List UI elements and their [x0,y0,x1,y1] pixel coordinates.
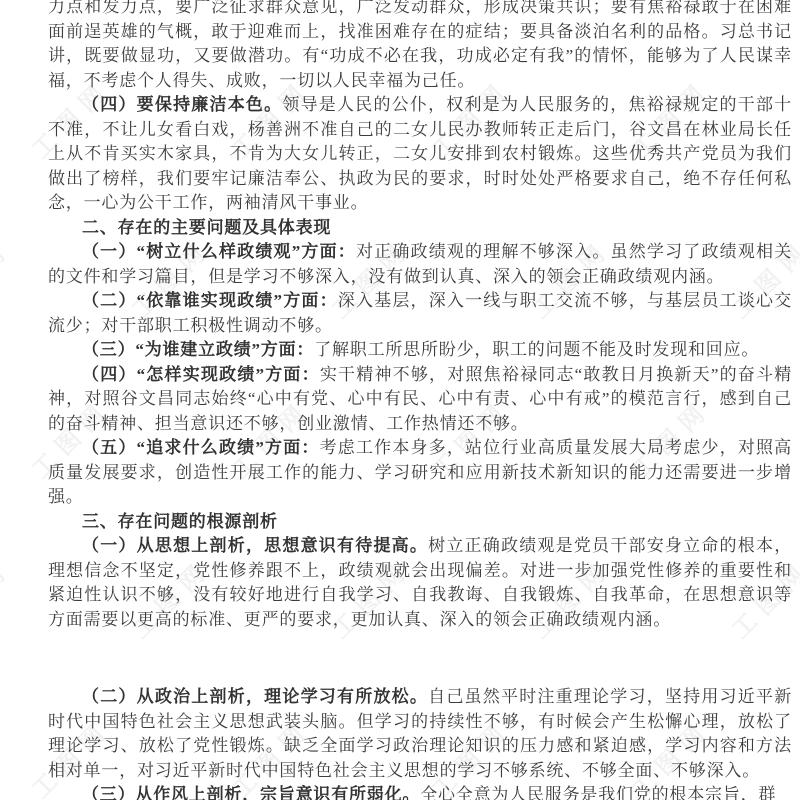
paragraph: （三）从作风上剖析，宗旨意识有所弱化。全心全意为人民服务是我们党的根本宗旨，群 [48,783,792,800]
paragraph: （四）“怎样实现政绩”方面：实干精神不够，对照焦裕禄同志“敢教日月换新天”的奋斗… [48,363,792,437]
page-break-gap [48,632,792,685]
paragraph: 力点和发力点，要广泛征求群众意见，广泛发动群众，形成决策共识；要有焦裕禄敢于在困… [48,0,792,93]
section-heading: 二、存在的主要问题及具体表现 [48,216,792,241]
paragraph-body: 全心全意为人民服务是我们党的根本宗旨，群 [420,785,776,800]
paragraph-lead: 二、存在的主要问题及具体表现 [82,218,331,237]
paragraph-lead: （三）“为谁建立政绩”方面： [82,340,314,359]
paragraph-lead: （一）从思想上剖析，思想意识有待提高。 [82,536,428,555]
paragraph: （二）“依靠谁实现政绩”方面：深入基层，深入一线与职工交流不够，与基层员工谈心交… [48,289,792,338]
section-heading: 三、存在问题的根源剖析 [48,510,792,535]
paragraph-lead: （一）“树立什么样政绩观”方面： [82,242,356,261]
paragraph-lead: （四）要保持廉洁本色。 [82,95,282,114]
paragraph-lead: （二）从政治上剖析，理论学习有所放松。 [82,687,428,706]
paragraph: （一）“树立什么样政绩观”方面：对正确政绩观的理解不够深入。虽然学习了政绩观相关… [48,240,792,289]
section-page-2: （二）从政治上剖析，理论学习有所放松。自己虽然平时注重理论学习，坚持用习近平新时… [48,685,792,800]
paragraph: （四）要保持廉洁本色。领导是人民的公仆，权利是为人民服务的，焦裕禄规定的干部十不… [48,93,792,216]
paragraph-body: 了解职工所思所盼少，职工的问题不能及时发现和回应。 [314,340,759,359]
paragraph: （五）“追求什么政绩”方面：考虑工作本身多，站位行业高质量发展大局考虑少，对照高… [48,436,792,510]
paragraph-lead: （二）“依靠谁实现政绩”方面： [82,291,338,310]
watermark-text: 工图网 [0,550,17,645]
section-page-1: 力点和发力点，要广泛征求群众意见，广泛发动群众，形成决策共识；要有焦裕禄敢于在困… [48,0,792,632]
paragraph-lead: （三）从作风上剖析，宗旨意识有所弱化。 [82,785,420,800]
paragraph: （二）从政治上剖析，理论学习有所放松。自己虽然平时注重理论学习，坚持用习近平新时… [48,685,792,783]
paragraph: （三）“为谁建立政绩”方面：了解职工所思所盼少，职工的问题不能及时发现和回应。 [48,338,792,363]
paragraph-body: 力点和发力点，要广泛征求群众意见，广泛发动群众，形成决策共识；要有焦裕禄敢于在困… [48,0,792,90]
watermark-text: 工图网 [0,0,17,5]
paragraph-lead: （五）“追求什么政绩”方面： [82,438,320,457]
watermark-text: 工图网 [0,230,17,325]
document-page: 力点和发力点，要广泛征求群众意见，广泛发动群众，形成决策共识；要有焦裕禄敢于在困… [48,0,792,800]
paragraph: （一）从思想上剖析，思想意识有待提高。树立正确政绩观是党员干部安身立命的根本，理… [48,534,792,632]
paragraph-lead: （四）“怎样实现政绩”方面： [82,365,320,384]
paragraph-lead: 三、存在问题的根源剖析 [82,512,278,531]
